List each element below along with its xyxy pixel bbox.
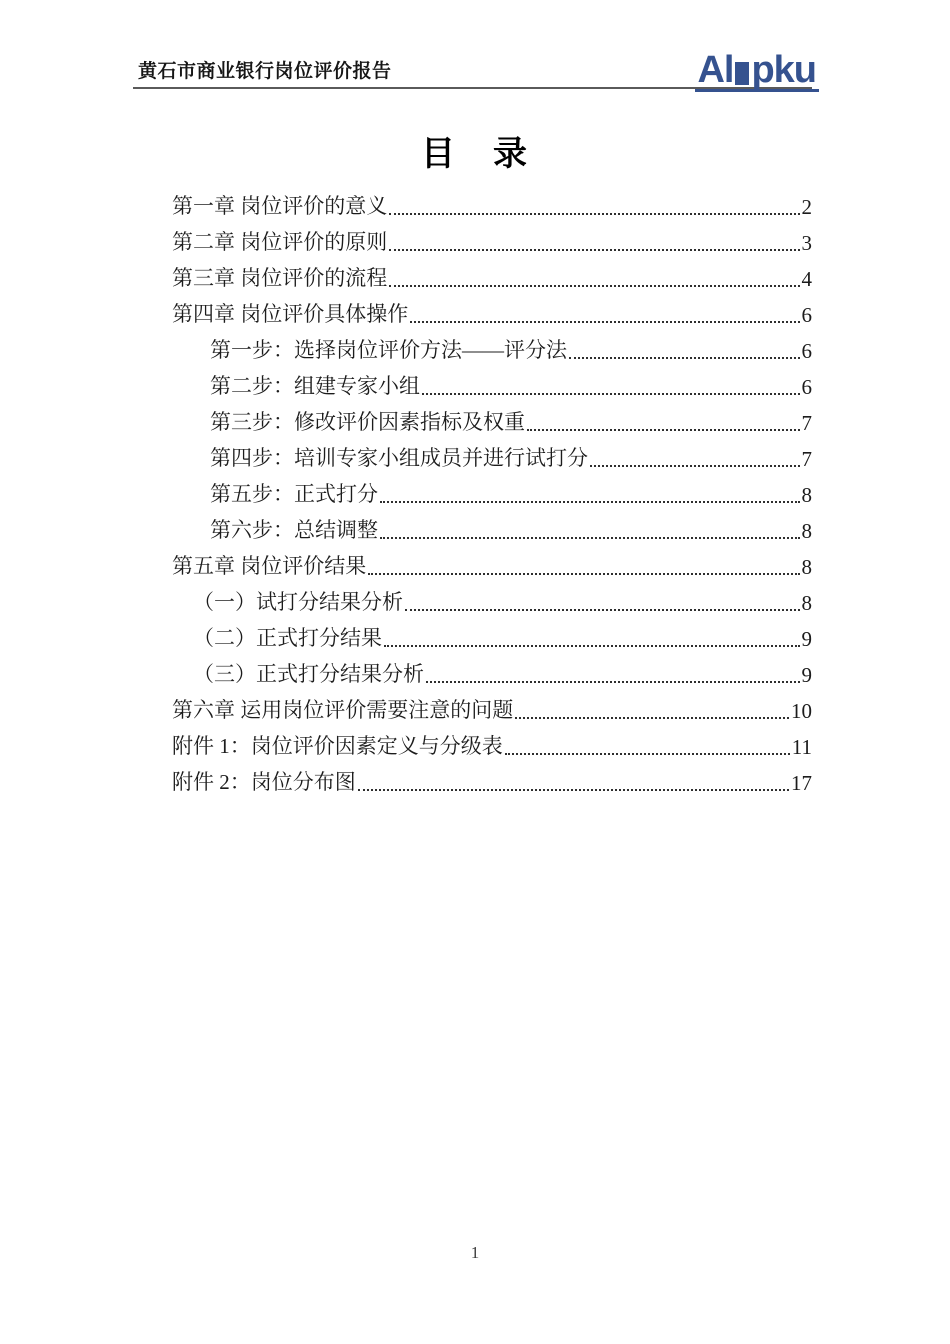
toc-row[interactable]: 第一章 岗位评价的意义 2 xyxy=(133,184,812,220)
toc-row[interactable]: 第一步：选择岗位评价方法——评分法 6 xyxy=(133,328,812,364)
document-page: 黄石市商业银行岗位评价报告 Alpku 目 录 第一章 岗位评价的意义 2 第二… xyxy=(0,0,950,1344)
running-header: 黄石市商业银行岗位评价报告 Alpku xyxy=(133,50,812,89)
logo-text-right: pku xyxy=(751,55,816,86)
toc-row[interactable]: 第五步：正式打分 8 xyxy=(133,472,812,508)
toc-dot-leader xyxy=(505,753,790,755)
toc-entry-page: 11 xyxy=(792,735,812,760)
toc-entry-text: 第二章 岗位评价的原则 xyxy=(172,226,387,256)
toc-entry-page: 8 xyxy=(802,591,813,616)
toc-dot-leader xyxy=(426,681,800,683)
toc-entry-text: 第五章 岗位评价结果 xyxy=(172,550,366,580)
toc-list: 第一章 岗位评价的意义 2 第二章 岗位评价的原则 3 第三章 岗位评价的流程 … xyxy=(133,184,812,796)
toc-dot-leader xyxy=(380,537,800,539)
toc-entry-text: 第六章 运用岗位评价需要注意的问题 xyxy=(172,694,513,724)
toc-entry-text: 第五步：正式打分 xyxy=(210,478,378,508)
toc-dot-leader xyxy=(389,249,799,251)
toc-entry-text: （三）正式打分结果分析 xyxy=(193,658,424,688)
toc-entry-page: 17 xyxy=(791,771,812,796)
toc-entry-text: 附件 1：岗位评价因素定义与分级表 xyxy=(172,730,503,760)
toc-dot-leader xyxy=(569,357,800,359)
toc-dot-leader xyxy=(380,501,800,503)
toc-dot-leader xyxy=(368,573,799,575)
toc-dot-leader xyxy=(405,609,800,611)
toc-row[interactable]: （三）正式打分结果分析 9 xyxy=(133,652,812,688)
toc-entry-page: 7 xyxy=(802,411,813,436)
toc-row[interactable]: （一）试打分结果分析 8 xyxy=(133,580,812,616)
toc-dot-leader xyxy=(527,429,800,431)
toc-row[interactable]: 第三章 岗位评价的流程 4 xyxy=(133,256,812,292)
logo-square-block-icon xyxy=(735,62,749,85)
toc-entry-text: 第四步：培训专家小组成员并进行试打分 xyxy=(210,442,588,472)
toc-entry-page: 7 xyxy=(802,447,813,472)
toc-entry-text: 第三章 岗位评价的流程 xyxy=(172,262,387,292)
header-document-title: 黄石市商业银行岗位评价报告 xyxy=(138,56,392,83)
toc-entry-page: 10 xyxy=(791,699,812,724)
toc-entry-text: 第六步：总结调整 xyxy=(210,514,378,544)
toc-entry-page: 8 xyxy=(802,555,813,580)
toc-row[interactable]: 第四章 岗位评价具体操作 6 xyxy=(133,292,812,328)
toc-entry-page: 9 xyxy=(802,663,813,688)
toc-entry-page: 8 xyxy=(802,483,813,508)
toc-row[interactable]: 第四步：培训专家小组成员并进行试打分 7 xyxy=(133,436,812,472)
toc-row[interactable]: 附件 1：岗位评价因素定义与分级表 11 xyxy=(133,724,812,760)
toc-entry-text: 第一章 岗位评价的意义 xyxy=(172,190,387,220)
toc-entry-page: 6 xyxy=(802,339,813,364)
toc-dot-leader xyxy=(590,465,800,467)
toc-entry-page: 8 xyxy=(802,519,813,544)
allpku-logo: Alpku xyxy=(695,55,819,92)
toc-dot-leader xyxy=(389,285,799,287)
toc-dot-leader xyxy=(422,393,800,395)
toc-entry-page: 3 xyxy=(802,231,813,256)
toc-entry-page: 4 xyxy=(802,267,813,292)
toc-row[interactable]: 第六步：总结调整 8 xyxy=(133,508,812,544)
toc-row[interactable]: 第二步：组建专家小组 6 xyxy=(133,364,812,400)
toc-dot-leader xyxy=(389,213,799,215)
toc-entry-text: 附件 2：岗位分布图 xyxy=(172,766,356,796)
toc-entry-page: 2 xyxy=(802,195,813,220)
toc-dot-leader xyxy=(384,645,800,647)
toc-entry-text: 第四章 岗位评价具体操作 xyxy=(172,298,408,328)
toc-entry-page: 9 xyxy=(802,627,813,652)
footer-page-number: 1 xyxy=(0,1243,950,1263)
toc-row[interactable]: 附件 2：岗位分布图 17 xyxy=(133,760,812,796)
toc-entry-text: 第一步：选择岗位评价方法——评分法 xyxy=(210,334,567,364)
toc-dot-leader xyxy=(515,717,789,719)
toc-dot-leader xyxy=(358,789,789,791)
logo-text-left: Al xyxy=(697,55,733,86)
toc-row[interactable]: 第五章 岗位评价结果 8 xyxy=(133,544,812,580)
toc-entry-page: 6 xyxy=(802,303,813,328)
toc-entry-text: （一）试打分结果分析 xyxy=(193,586,403,616)
toc-entry-page: 6 xyxy=(802,375,813,400)
toc-entry-text: 第二步：组建专家小组 xyxy=(210,370,420,400)
toc-entry-text: （二）正式打分结果 xyxy=(193,622,382,652)
toc-entry-text: 第三步：修改评价因素指标及权重 xyxy=(210,406,525,436)
toc-dot-leader xyxy=(410,321,799,323)
toc-row[interactable]: 第三步：修改评价因素指标及权重 7 xyxy=(133,400,812,436)
toc-row[interactable]: 第二章 岗位评价的原则 3 xyxy=(133,220,812,256)
toc-page-title: 目 录 xyxy=(0,126,950,175)
toc-row[interactable]: （二）正式打分结果 9 xyxy=(133,616,812,652)
toc-row[interactable]: 第六章 运用岗位评价需要注意的问题 10 xyxy=(133,688,812,724)
